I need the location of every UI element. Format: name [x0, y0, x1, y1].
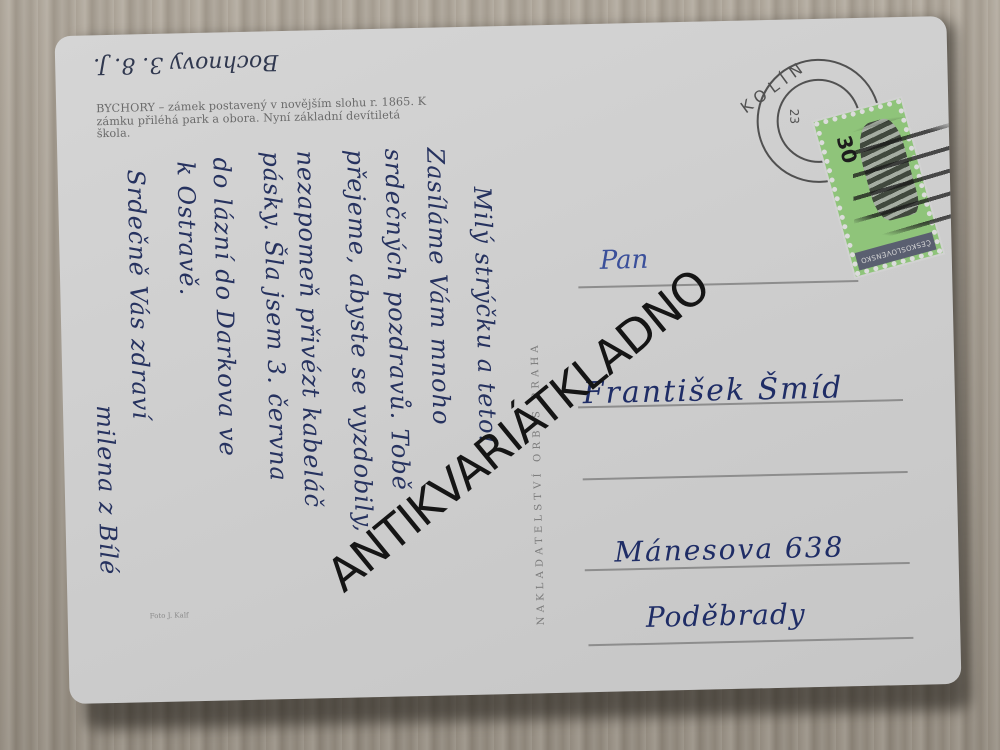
handwritten-top-note: Bochnovy 3. 8. J. — [93, 49, 279, 78]
address-street: Mánesova 638 — [614, 530, 845, 568]
message-line: do lázní do Darkova ve — [207, 157, 242, 457]
address-line — [583, 471, 908, 480]
cancellation-bars — [852, 115, 962, 238]
message-line: Srdečně Vás zdraví — [122, 169, 156, 420]
postcard: Bochnovy 3. 8. J. BYCHORY – zámek postav… — [55, 16, 962, 704]
address-city: Poděbrady — [646, 597, 807, 634]
message-line: k Ostravě. — [171, 161, 202, 297]
message-line: Zasíláme Vám mnoho — [421, 147, 455, 426]
address-line — [588, 637, 913, 646]
photo-credit: Foto J. Kalf — [150, 611, 189, 620]
message-line: milena z Bílé — [91, 405, 123, 576]
message-line: srdečných pozdravů. Tobě — [379, 148, 415, 491]
address-line — [578, 280, 858, 288]
message-line: nezapomeň přivézt kabeláč — [291, 150, 327, 508]
message-line: přejeme, abyste se vyzdobily, — [341, 149, 378, 533]
printed-caption: BYCHORY – zámek postavený v novějším slo… — [96, 96, 437, 141]
message-line: pásky. Šla jsem 3. června — [257, 151, 292, 482]
message-line: Milý strýčku a teto! — [468, 186, 502, 445]
address-salutation: Pan — [599, 245, 648, 276]
postmark-date: 23 — [787, 109, 801, 125]
